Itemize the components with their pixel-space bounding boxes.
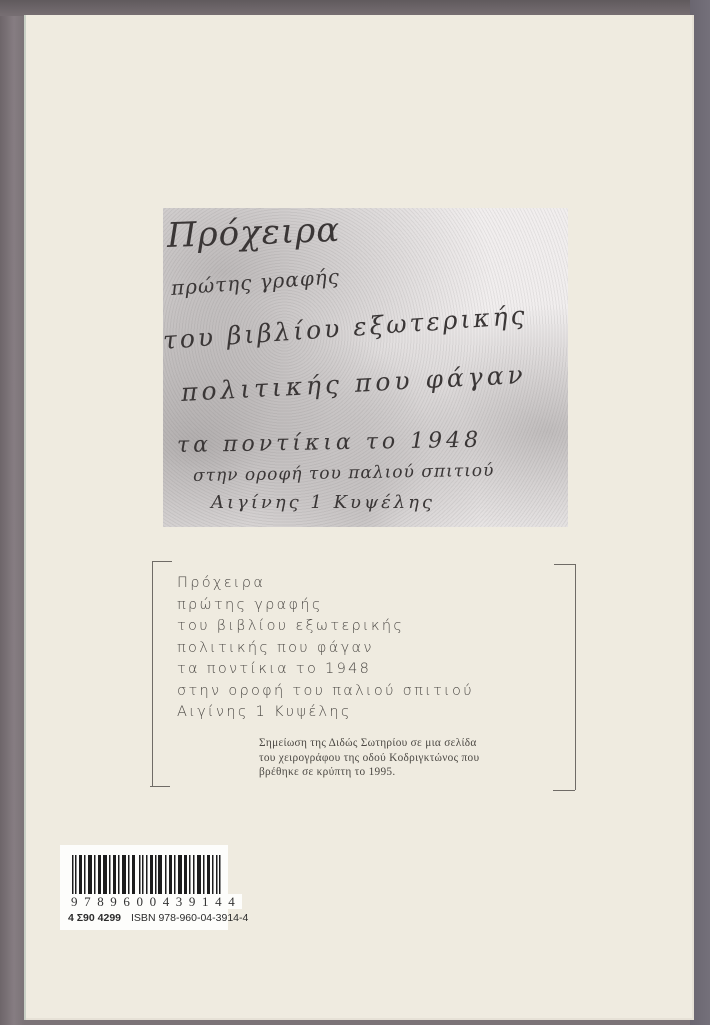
poem-line: πολιτικής που φάγαν — [177, 638, 474, 660]
isbn-barcode-label: 9789600439144 4 Σ90 4299ISBN 978-960-04-… — [60, 845, 228, 930]
bracket-bottom-left — [150, 786, 170, 787]
manuscript-line: στην οροφή του παλιού σπιτιού — [193, 461, 495, 486]
manuscript-line: Αιγίνης 1 Κυψέλης — [211, 492, 435, 513]
isbn-number: ISBN 978-960-04-3914-4 — [131, 912, 248, 924]
note-line: Σημείωση της Διδώς Σωτηρίου σε μια σελίδ… — [259, 736, 479, 751]
poem-line: τα ποντίκια το 1948 — [177, 659, 474, 681]
caption-note: Σημείωση της Διδώς Σωτηρίου σε μια σελίδ… — [259, 736, 479, 780]
barcode-digits: 9789600439144 — [70, 895, 222, 909]
manuscript-line: τα ποντίκια το 1948 — [177, 428, 483, 458]
poem-line: Αιγίνης 1 Κυψέλης — [177, 702, 474, 724]
poem-line: του βιβλίου εξωτερικής — [177, 616, 474, 638]
bracket-top-right — [554, 564, 575, 565]
handwritten-manuscript-image: Πρόχειρα πρώτης γραφής του βιβλίου εξωτε… — [163, 208, 568, 527]
bracket-top-left — [152, 561, 172, 562]
scan-background-top — [0, 0, 710, 16]
manuscript-line: Πρόχειρα — [166, 210, 341, 256]
poem-line: πρώτης γραφής — [177, 595, 474, 617]
manuscript-line: πολιτικής που φάγαν — [180, 360, 527, 407]
manuscript-line: πρώτης γραφής — [170, 264, 340, 300]
isbn-row: 4 Σ90 4299ISBN 978-960-04-3914-4 — [68, 912, 228, 924]
transcription-poem: Πρόχειρα πρώτης γραφής του βιβλίου εξωτε… — [177, 573, 474, 724]
product-code: 4 Σ90 4299 — [68, 912, 121, 924]
poem-line: στην οροφή του παλιού σπιτιού — [177, 681, 474, 703]
note-line: βρέθηκε σε κρύπτη το 1995. — [259, 765, 479, 780]
note-line: του χειρογράφου της οδού Κοδριγκτώνος πο… — [259, 751, 479, 766]
poem-line: Πρόχειρα — [177, 573, 474, 595]
manuscript-line: του βιβλίου εξωτερικής — [163, 301, 528, 355]
bracket-bottom-right — [553, 790, 575, 791]
bracket-right — [575, 564, 576, 790]
bracket-left — [152, 561, 153, 787]
